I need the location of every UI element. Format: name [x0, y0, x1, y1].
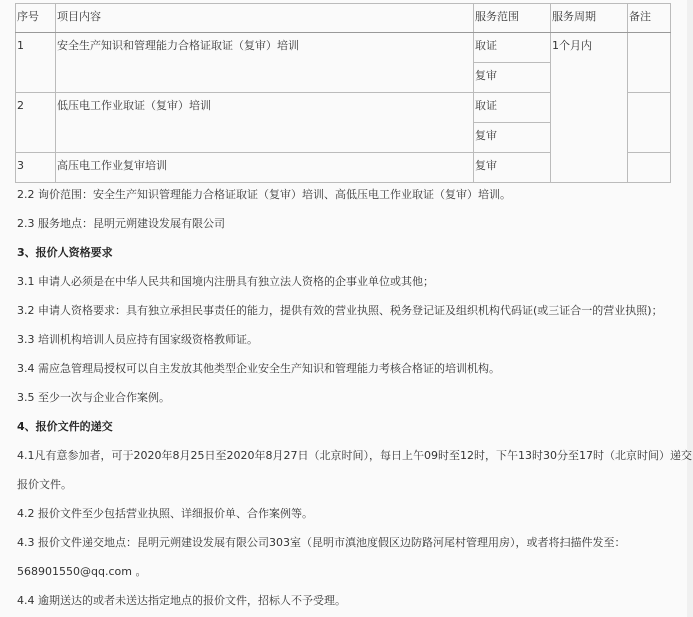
header-remark: 备注 — [628, 4, 671, 33]
table-row: 1 安全生产知识和管理能力合格证取证（复审）培训 取证 1个月内 — [16, 33, 671, 63]
header-scope: 服务范围 — [474, 4, 551, 33]
header-period: 服务周期 — [551, 4, 628, 33]
document-body: 2.2 询价范围：安全生产知识管理能力合格证取证（复审）培训、高低压电工作业取证… — [17, 180, 677, 615]
service-table: 序号 项目内容 服务范围 服务周期 备注 1 安全生产知识和管理能力合格证取证（… — [15, 3, 671, 183]
page-scrollbar-track[interactable] — [687, 0, 693, 617]
row-no: 1 — [16, 33, 56, 93]
row-item: 低压电工作业取证（复审）培训 — [56, 93, 474, 153]
para-4-1-cont: 报价文件。 — [17, 470, 677, 499]
row-scope: 取证 — [474, 33, 551, 63]
row-scope: 取证 — [474, 93, 551, 123]
para-4-2: 4.2 报价文件至少包括营业执照、详细报价单、合作案例等。 — [17, 499, 677, 528]
section-heading-3: 3、报价人资格要求 — [17, 238, 677, 267]
row-remark — [628, 93, 671, 153]
header-item: 项目内容 — [56, 4, 474, 33]
row-scope: 复审 — [474, 123, 551, 153]
para-3-3: 3.3 培训机构培训人员应持有国家级资格教师证。 — [17, 325, 677, 354]
section-heading-4: 4、报价文件的递交 — [17, 412, 677, 441]
para-4-1: 4.1凡有意参加者，可于2020年8月25日至2020年8月27日（北京时间），… — [17, 441, 677, 470]
header-no: 序号 — [16, 4, 56, 33]
para-2-3-service-location: 2.3 服务地点：昆明元朔建设发展有限公司 — [17, 209, 677, 238]
row-scope: 复审 — [474, 153, 551, 183]
email-address: 568901550@qq.com 。 — [17, 557, 677, 586]
para-3-4: 3.4 需应急管理局授权可以自主发放其他类型企业安全生产知识和管理能力考核合格证… — [17, 354, 677, 383]
para-3-2: 3.2 申请人资格要求：具有独立承担民事责任的能力，提供有效的营业执照、税务登记… — [17, 296, 677, 325]
para-2-2-inquiry-scope: 2.2 询价范围：安全生产知识管理能力合格证取证（复审）培训、高低压电工作业取证… — [17, 180, 677, 209]
row-remark — [628, 153, 671, 183]
row-item: 安全生产知识和管理能力合格证取证（复审）培训 — [56, 33, 474, 93]
row-no: 3 — [16, 153, 56, 183]
para-4-4: 4.4 逾期送达的或者未送达指定地点的报价文件，招标人不予受理。 — [17, 586, 677, 615]
table-header-row: 序号 项目内容 服务范围 服务周期 备注 — [16, 4, 671, 33]
row-no: 2 — [16, 93, 56, 153]
para-3-5: 3.5 至少一次与企业合作案例。 — [17, 383, 677, 412]
row-remark — [628, 33, 671, 93]
para-3-1: 3.1 申请人必须是在中华人民共和国境内注册具有独立法人资格的企事业单位或其他； — [17, 267, 677, 296]
para-4-3: 4.3 报价文件递交地点：昆明元朔建设发展有限公司303室（昆明市滇池度假区边防… — [17, 528, 677, 557]
row-item: 高压电工作业复审培训 — [56, 153, 474, 183]
row-scope: 复审 — [474, 63, 551, 93]
service-period: 1个月内 — [551, 33, 628, 183]
